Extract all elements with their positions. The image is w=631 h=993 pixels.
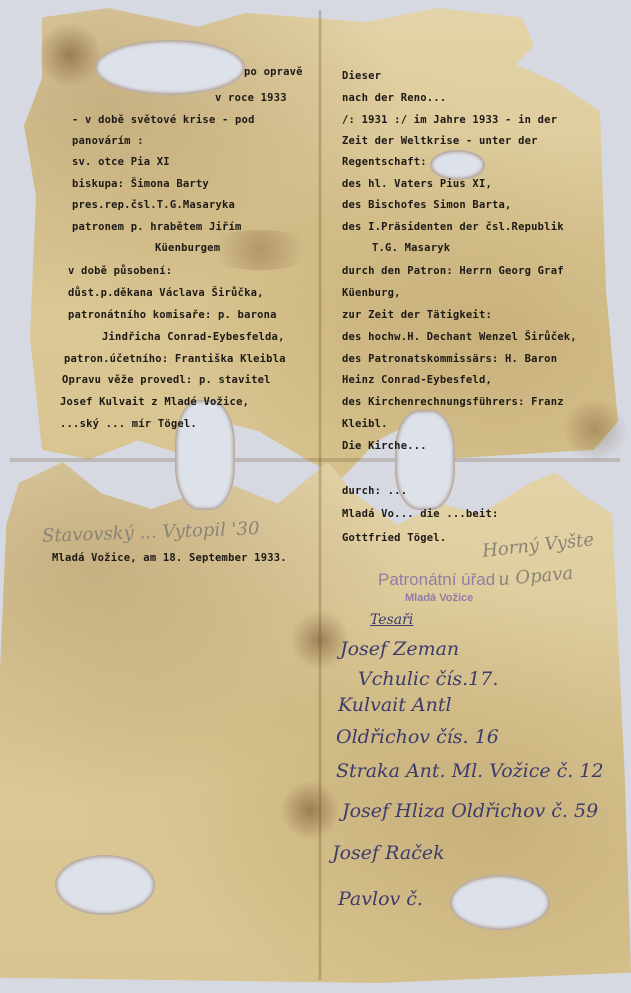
german-line: Küenburg,	[342, 287, 401, 299]
german-line: des hl. Vaters Pius XI,	[342, 178, 492, 190]
german-line: des Bischofes Simon Barta,	[342, 199, 512, 211]
german-line: des I.Präsidenten der čsl.Republik	[342, 221, 564, 233]
date-line: Mladá Vožice, am 18. September 1933.	[52, 552, 287, 564]
german-line: Regentschaft:	[342, 156, 427, 168]
stain	[280, 780, 340, 840]
german-line: Gottfried Tögel.	[342, 532, 446, 544]
stain	[560, 400, 630, 460]
horizontal-fold-line	[10, 458, 620, 462]
czech-line: důst.p.děkana Václava Širůčka,	[68, 287, 264, 299]
ink-line: Straka Ant. Ml. Vožice č. 12	[336, 760, 604, 782]
german-line: durch den Patron: Herrn Georg Graf	[342, 265, 564, 277]
czech-line: patronem p. hrabětem Jiřím	[72, 221, 242, 233]
burn-hole	[450, 875, 550, 930]
czech-line: biskupa: Šimona Barty	[72, 178, 209, 190]
german-line: durch: ...	[342, 485, 407, 497]
stamp-line-2: Mladá Vožice	[405, 592, 473, 604]
burn-hole	[430, 150, 485, 180]
german-line: des Patronatskommissärs: H. Baron	[342, 353, 557, 365]
ink-line: Vchulic čís.17.	[358, 668, 498, 690]
german-line: Die Kirche...	[342, 440, 427, 452]
ink-line: Oldřichov čís. 16	[336, 726, 499, 748]
czech-line: Küenburgem	[155, 242, 220, 254]
ink-line: Josef Hliza Oldřichov č. 59	[342, 800, 598, 822]
czech-line: ...ský ... mír Tögel.	[60, 418, 197, 430]
ink-line: Josef Zeman	[340, 638, 459, 660]
czech-line: patronátního komisaře: p. barona	[68, 309, 277, 321]
czech-line: Josef Kulvait z Mladé Vožice,	[60, 396, 249, 408]
ink-line: Josef Raček	[332, 842, 445, 864]
czech-line: patron.účetního: Františka Kleibla	[64, 353, 286, 365]
czech-line: v době působení:	[68, 265, 172, 277]
german-line: Zeit der Weltkrise - unter der	[342, 135, 538, 147]
czech-line: - v době světové krise - pod	[72, 114, 255, 126]
czech-line: sv. otce Pia XI	[72, 156, 170, 168]
stamp-line-1: Patronátní úřad	[378, 570, 495, 590]
german-line: des hochw.H. Dechant Wenzel Širůček,	[342, 331, 577, 343]
ink-line: Pavlov č.	[338, 888, 423, 910]
czech-line: pres.rep.čsl.T.G.Masaryka	[72, 199, 235, 211]
german-line: /: 1931 :/ im Jahre 1933 - in der	[342, 114, 557, 126]
czech-line: panovárím :	[72, 135, 144, 147]
czech-line: Jindřicha Conrad-Eybesfelda,	[102, 331, 285, 343]
german-line: nach der Reno...	[342, 92, 446, 104]
burn-hole	[95, 40, 245, 95]
german-line: Dieser	[342, 70, 381, 82]
german-line: Heinz Conrad-Eybesfeld,	[342, 374, 492, 386]
czech-line: v roce 1933	[215, 92, 287, 104]
german-line: T.G. Masaryk	[372, 242, 450, 254]
ink-header: Tesaři	[370, 612, 413, 628]
burn-hole	[175, 400, 235, 510]
czech-line: Opravu věže provedl: p. stavitel	[62, 374, 271, 386]
german-line: des Kirchenrechnungsführers: Franz	[342, 396, 564, 408]
stain	[40, 20, 100, 90]
czech-line: po opravě	[244, 66, 303, 78]
german-line: Kleibl.	[342, 418, 388, 430]
burn-hole	[55, 855, 155, 915]
ink-line: Kulvait Antl	[338, 694, 452, 716]
german-line: Mladá Vo... die ...beit:	[342, 508, 499, 520]
german-line: zur Zeit der Tätigkeit:	[342, 309, 492, 321]
